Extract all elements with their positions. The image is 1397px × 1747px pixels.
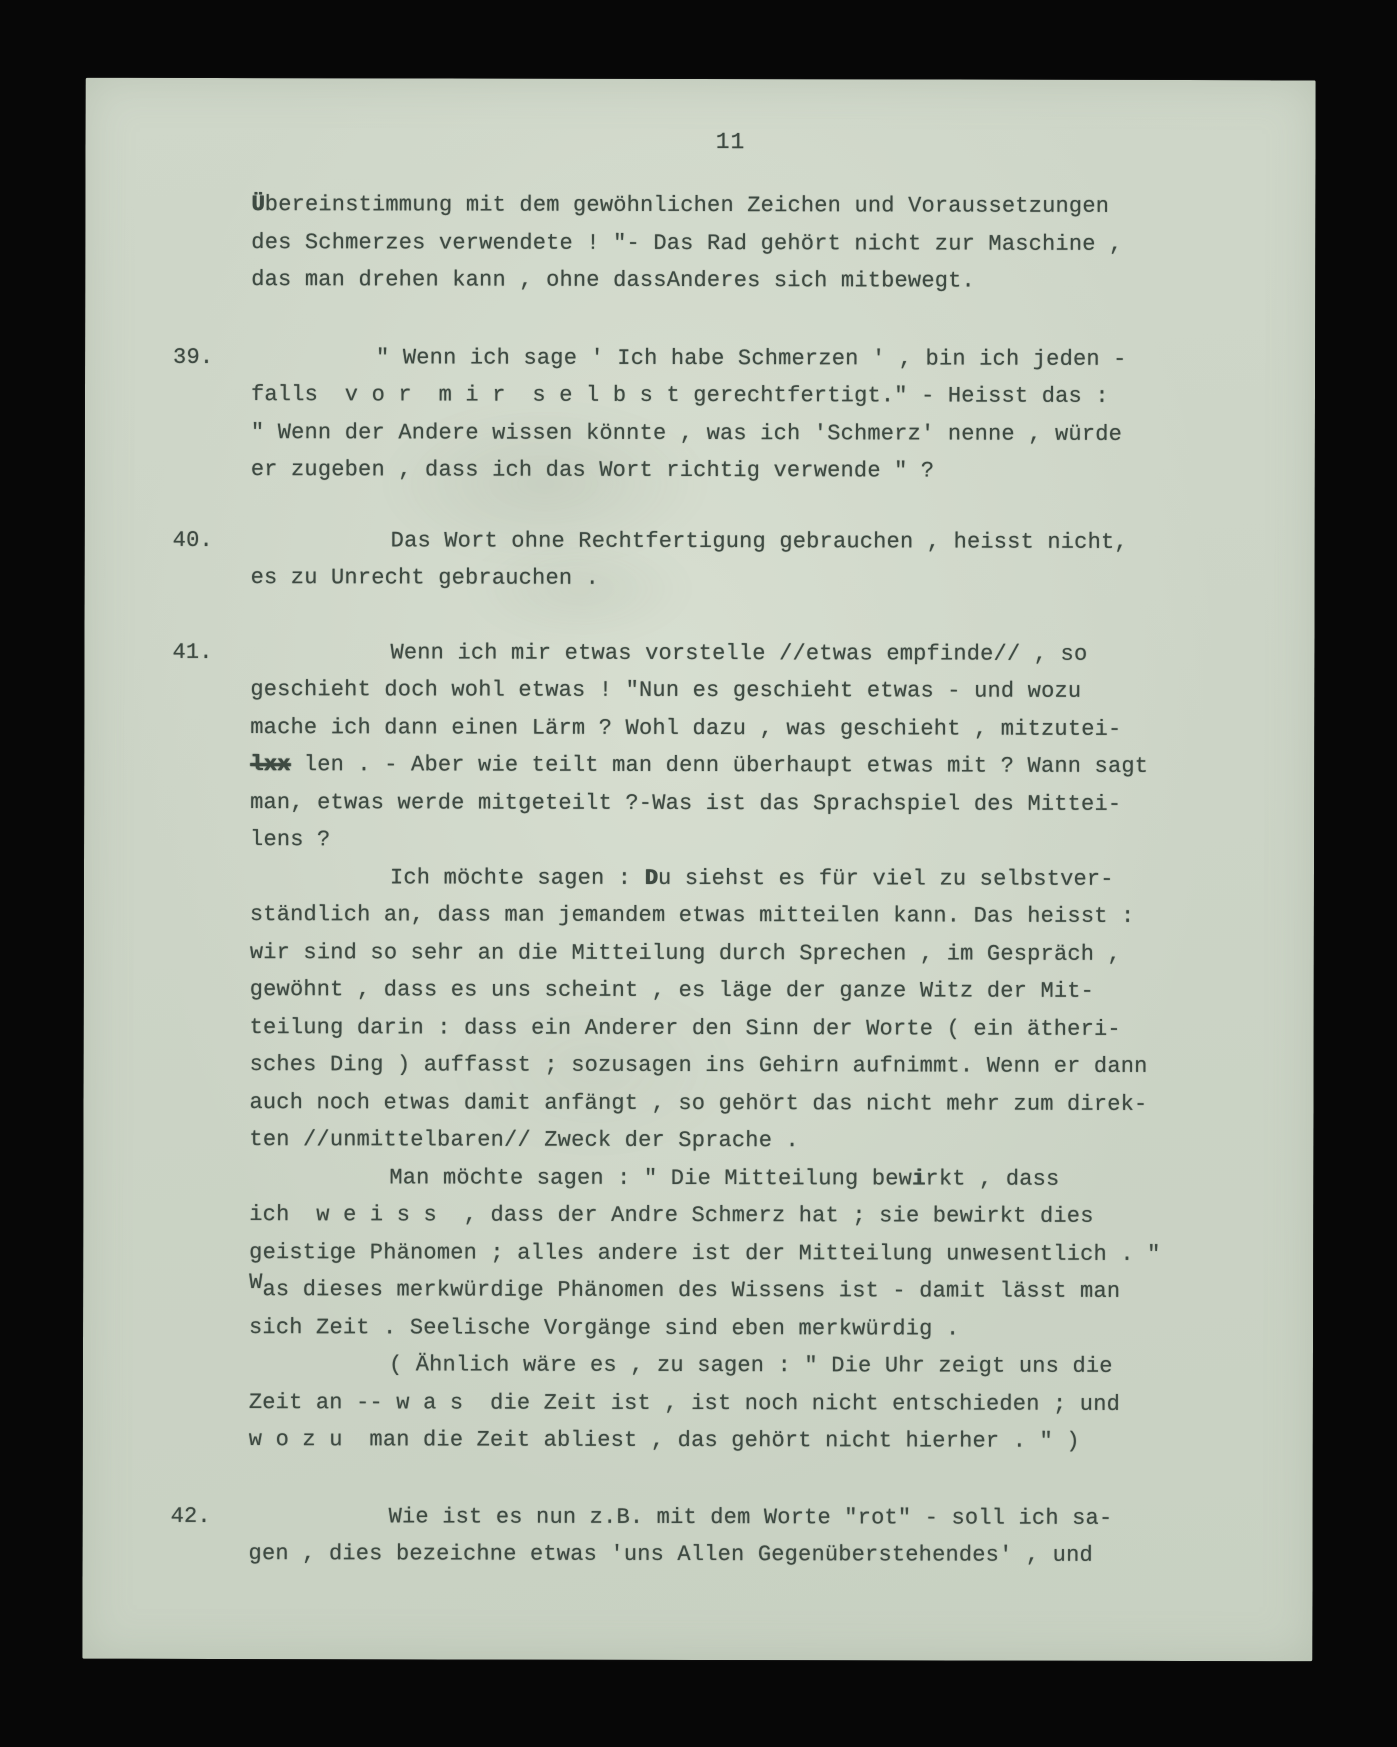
text-line: Zeit an -- w a s die Zeit ist , ist noch… [249, 1384, 1229, 1424]
text-line: geistige Phänomen ; alles andere ist der… [249, 1234, 1229, 1274]
text-segment: Man möchte sagen : " Die Mitteilung bew [389, 1165, 912, 1191]
text-line: ich w e i s s , dass der Andre Schmerz h… [249, 1196, 1229, 1236]
text-segment: as dieses merkwürdige Phänomen des Wisse… [262, 1277, 1120, 1304]
overstruck-char: D [645, 865, 658, 890]
text-line: lens ? [250, 821, 1230, 861]
text-segment: len . - Aber wie teilt man denn überhaup… [290, 752, 1148, 779]
text-segment: bereinstimmung mit dem gewöhnlichen Zeic… [265, 192, 1109, 219]
text-line: " Wenn der Andere wissen könnte , was ic… [251, 414, 1231, 454]
text-segment: rkt , dass [925, 1166, 1059, 1191]
text-line: ständlich an, dass man jemandem etwas mi… [250, 896, 1230, 936]
raised-char: W [249, 1264, 262, 1302]
text-line: Ich möchte sagen : Du siehst es für viel… [250, 859, 1230, 899]
text-line: Übereinstimmung mit dem gewöhnlichen Zei… [251, 186, 1231, 226]
text-line: des Schmerzes verwendete ! "- Das Rad ge… [251, 224, 1231, 264]
text-line: teilung darin : dass ein Anderer den Sin… [250, 1009, 1230, 1049]
section-number-40: 40. [173, 521, 213, 559]
text-line: das man drehen kann , ohne dassAnderes s… [251, 261, 1231, 301]
section-number-42: 42. [171, 1497, 211, 1535]
text-line: Was dieses merkwürdige Phänomen des Wiss… [249, 1271, 1229, 1311]
text-line: lxx len . - Aber wie teilt man denn über… [250, 746, 1230, 786]
text-line: ten //unmittelbaren// Zweck der Sprache … [249, 1121, 1229, 1161]
text-line: gen , dies bezeichne etwas 'uns Allen Ge… [249, 1535, 1229, 1575]
intro-paragraph: Übereinstimmung mit dem gewöhnlichen Zei… [251, 186, 1231, 301]
text-line: Wie ist es nun z.B. mit dem Worte "rot" … [249, 1498, 1229, 1538]
text-line: auch noch etwas damit anfängt , so gehör… [249, 1084, 1229, 1124]
section-39: 39. " Wenn ich sage ' Ich habe Schmerzen… [251, 339, 1231, 491]
text-line: ( Ähnlich wäre es , zu sagen : " Die Uhr… [249, 1346, 1229, 1386]
text-line: Wenn ich mir etwas vorstelle //etwas emp… [250, 634, 1230, 674]
page-background: 11 Übereinstimmung mit dem gewöhnlichen … [0, 0, 1397, 1747]
section-40: 40. Das Wort ohne Rechtfertigung gebrauc… [251, 522, 1231, 599]
text-line: er zugeben , dass ich das Wort richtig v… [251, 451, 1231, 491]
text-line: " Wenn ich sage ' Ich habe Schmerzen ' ,… [251, 339, 1231, 379]
text-line: gewöhnt , dass es uns scheint , es läge … [250, 971, 1230, 1011]
text-line: w o z u man die Zeit abliest , das gehör… [249, 1421, 1229, 1461]
overstruck-char: Ü [251, 192, 264, 217]
text-line: geschieht doch wohl etwas ! "Nun es gesc… [250, 671, 1230, 711]
page-number: 11 [85, 128, 1315, 157]
text-line: sches Ding ) auffasst ; sozusagen ins Ge… [250, 1046, 1230, 1086]
section-number-41: 41. [172, 633, 212, 671]
overstruck-char: i [912, 1166, 925, 1191]
text-line: mache ich dann einen Lärm ? Wohl dazu , … [250, 709, 1230, 749]
section-41: 41. Wenn ich mir etwas vorstelle //etwas… [249, 634, 1231, 1461]
text-segment: Ich möchte sagen : [390, 865, 645, 891]
text-line: wir sind so sehr an die Mitteilung durch… [250, 934, 1230, 974]
text-line: es zu Unrecht gebrauchen . [251, 559, 1231, 599]
typescript-paper: 11 Übereinstimmung mit dem gewöhnlichen … [82, 78, 1315, 1662]
text-line: sich Zeit . Seelische Vorgänge sind eben… [249, 1309, 1229, 1349]
struck-out-text: lxx [250, 752, 290, 777]
text-segment: u siehst es für viel zu selbstver- [658, 865, 1114, 891]
text-line: man, etwas werde mitgeteilt ?-Was ist da… [250, 784, 1230, 824]
typescript-content: Übereinstimmung mit dem gewöhnlichen Zei… [249, 186, 1232, 1575]
text-line: Das Wort ohne Rechtfertigung gebrauchen … [251, 522, 1231, 562]
section-42: 42. Wie ist es nun z.B. mit dem Worte "r… [249, 1498, 1229, 1575]
text-line: Man möchte sagen : " Die Mitteilung bewi… [249, 1159, 1229, 1199]
text-line: falls v o r m i r s e l b s t gerechtfer… [251, 376, 1231, 416]
section-number-39: 39. [173, 338, 213, 376]
